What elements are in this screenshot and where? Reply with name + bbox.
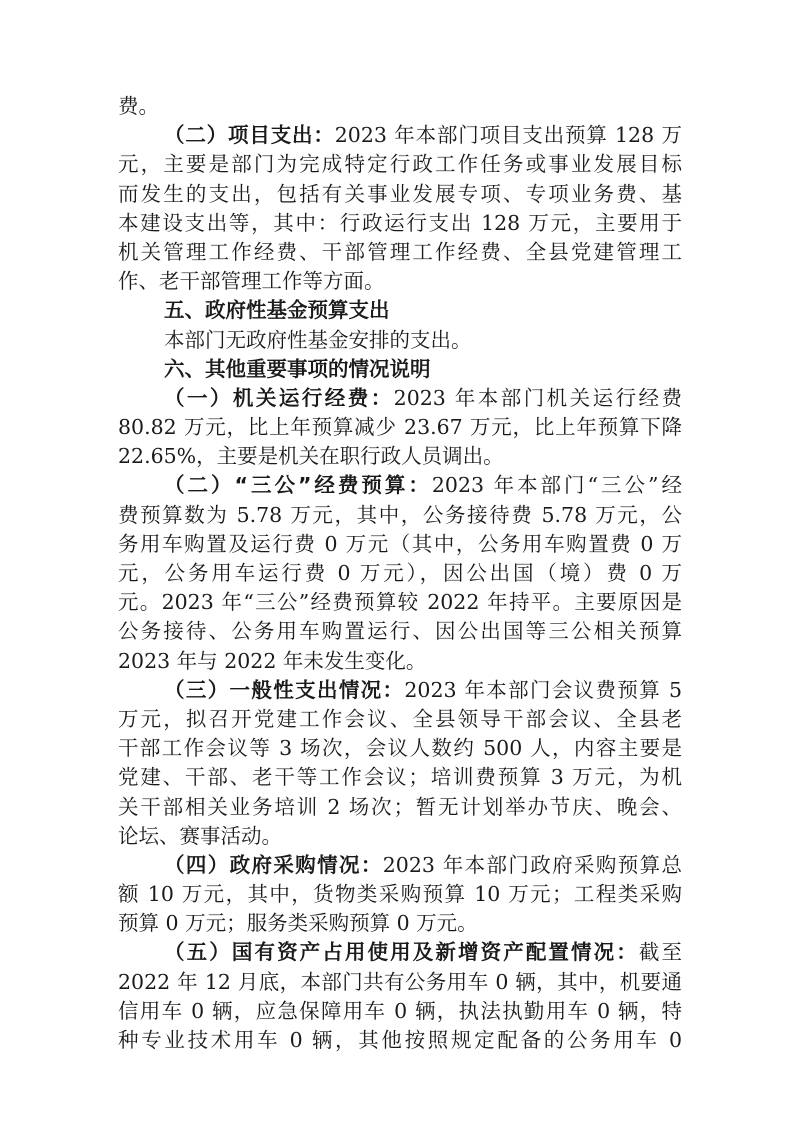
body-text: 干部工作会议等 3 场次，会议人数约 500 人，内容主要是 — [118, 736, 682, 760]
text-line: 论坛、赛事活动。 — [118, 822, 682, 851]
body-text: 截至 — [639, 940, 682, 964]
text-line: 关干部相关业务培训 2 场次；暂无计划举办节庆、晚会、 — [118, 793, 682, 822]
bold-heading: （一）机关运行经费： — [164, 386, 394, 410]
body-text: 2023 年本部门机关运行经费 — [394, 386, 682, 410]
body-text: 而发生的支出，包括有关事业发展专项、专项业务费、基 — [118, 182, 682, 206]
body-text: 党建、干部、老干等工作会议；培训费预算 3 万元，为机 — [118, 765, 682, 789]
text-line: 元，公务用车运行费 0 万元），因公出国（境）费 0 万 — [118, 559, 682, 588]
text-line: 务用车购置及运行费 0 万元（其中，公务用车购置费 0 万 — [118, 530, 682, 559]
body-text: 论坛、赛事活动。 — [118, 824, 282, 848]
text-line: （四）政府采购情况：2023 年本部门政府采购预算总 — [118, 851, 682, 880]
body-text: 种专业技术用车 0 辆，其他按照规定配备的公务用车 0 — [118, 1028, 682, 1052]
bold-heading: 六、其他重要事项的情况说明 — [164, 357, 431, 381]
text-line: （五）国有资产占用使用及新增资产配置情况：截至 — [118, 938, 682, 967]
text-line: 五、政府性基金预算支出 — [118, 296, 682, 325]
text-line: （二）“三公”经费预算：2023 年本部门“三公”经 — [118, 471, 682, 500]
document-page: 费。（二）项目支出：2023 年本部门项目支出预算 128 万元，主要是部门为完… — [118, 92, 682, 1055]
body-text: 万元，拟召开党建工作会议、全县领导干部会议、全县老 — [118, 707, 682, 731]
text-line: 机关管理工作经费、干部管理工作经费、全县党建管理工 — [118, 238, 682, 267]
bold-heading: （四）政府采购情况： — [164, 853, 383, 877]
bold-heading: 五、政府性基金预算支出 — [164, 298, 390, 322]
body-text: 预算 0 万元；服务类采购预算 0 万元。 — [118, 911, 478, 935]
text-line: （二）项目支出：2023 年本部门项目支出预算 128 万 — [118, 121, 682, 150]
body-text: 公务接待、公务用车购置运行、因公出国等三公相关预算 — [118, 619, 682, 643]
body-text: 2023 年本部门政府采购预算总 — [383, 853, 682, 877]
body-text: 2023 年本部门“三公”经 — [432, 473, 682, 497]
text-line: 元。2023 年“三公”经费预算较 2022 年持平。主要原因是 — [118, 588, 682, 617]
text-line: 额 10 万元，其中，货物类采购预算 10 万元；工程类采购 — [118, 880, 682, 909]
body-text: 元。2023 年“三公”经费预算较 2022 年持平。主要原因是 — [118, 590, 682, 614]
bold-heading: （五）国有资产占用使用及新增资产配置情况： — [164, 940, 639, 964]
bold-heading: （二）项目支出： — [164, 123, 335, 147]
body-text: 本建设支出等，其中：行政运行支出 128 万元，主要用于 — [118, 211, 682, 235]
text-line: 作、老干部管理工作等方面。 — [118, 267, 682, 296]
text-line: 公务接待、公务用车购置运行、因公出国等三公相关预算 — [118, 617, 682, 646]
body-text: 关干部相关业务培训 2 场次；暂无计划举办节庆、晚会、 — [118, 795, 682, 819]
text-line: 2022 年 12 月底，本部门共有公务用车 0 辆，其中，机要通 — [118, 968, 682, 997]
text-line: 80.82 万元，比上年预算减少 23.67 万元，比上年预算下降 — [118, 413, 682, 442]
text-line: 费预算数为 5.78 万元，其中，公务接待费 5.78 万元，公 — [118, 501, 682, 530]
body-text: 额 10 万元，其中，货物类采购预算 10 万元；工程类采购 — [118, 882, 682, 906]
body-text: 信用车 0 辆，应急保障用车 0 辆，执法执勤用车 0 辆，特 — [118, 999, 682, 1023]
text-line: 本部门无政府性基金安排的支出。 — [118, 326, 682, 355]
body-text: 2023 年本部门会议费预算 5 — [404, 678, 682, 702]
text-line: 2023 年与 2022 年未发生变化。 — [118, 647, 682, 676]
body-text: 费预算数为 5.78 万元，其中，公务接待费 5.78 万元，公 — [118, 503, 682, 527]
body-text: 2023 年与 2022 年未发生变化。 — [118, 649, 426, 673]
bold-heading: （二）“三公”经费预算： — [164, 473, 432, 497]
body-text: 2023 年本部门项目支出预算 128 万 — [335, 123, 682, 147]
bold-heading: （三）一般性支出情况： — [164, 678, 404, 702]
text-line: 本建设支出等，其中：行政运行支出 128 万元，主要用于 — [118, 209, 682, 238]
text-line: （三）一般性支出情况：2023 年本部门会议费预算 5 — [118, 676, 682, 705]
text-line: （一）机关运行经费：2023 年本部门机关运行经费 — [118, 384, 682, 413]
text-line: 费。 — [118, 92, 682, 121]
text-line: 预算 0 万元；服务类采购预算 0 万元。 — [118, 909, 682, 938]
text-line: 而发生的支出，包括有关事业发展专项、专项业务费、基 — [118, 180, 682, 209]
body-text: 作、老干部管理工作等方面。 — [118, 269, 385, 293]
text-line: 万元，拟召开党建工作会议、全县领导干部会议、全县老 — [118, 705, 682, 734]
body-text: 2022 年 12 月底，本部门共有公务用车 0 辆，其中，机要通 — [118, 970, 682, 994]
body-text: 元，主要是部门为完成特定行政工作任务或事业发展目标 — [118, 152, 682, 176]
body-text: 机关管理工作经费、干部管理工作经费、全县党建管理工 — [118, 240, 682, 264]
body-text: 本部门无政府性基金安排的支出。 — [164, 328, 472, 352]
body-text: 22.65%，主要是机关在职行政人员调出。 — [118, 444, 504, 468]
text-line: 六、其他重要事项的情况说明 — [118, 355, 682, 384]
text-line: 种专业技术用车 0 辆，其他按照规定配备的公务用车 0 — [118, 1026, 682, 1055]
body-text: 费。 — [118, 94, 159, 118]
body-text: 元，公务用车运行费 0 万元），因公出国（境）费 0 万 — [118, 561, 682, 585]
text-line: 干部工作会议等 3 场次，会议人数约 500 人，内容主要是 — [118, 734, 682, 763]
text-line: 元，主要是部门为完成特定行政工作任务或事业发展目标 — [118, 150, 682, 179]
body-text: 务用车购置及运行费 0 万元（其中，公务用车购置费 0 万 — [118, 532, 682, 556]
text-line: 党建、干部、老干等工作会议；培训费预算 3 万元，为机 — [118, 763, 682, 792]
text-line: 信用车 0 辆，应急保障用车 0 辆，执法执勤用车 0 辆，特 — [118, 997, 682, 1026]
text-line: 22.65%，主要是机关在职行政人员调出。 — [118, 442, 682, 471]
body-text: 80.82 万元，比上年预算减少 23.67 万元，比上年预算下降 — [118, 415, 682, 439]
